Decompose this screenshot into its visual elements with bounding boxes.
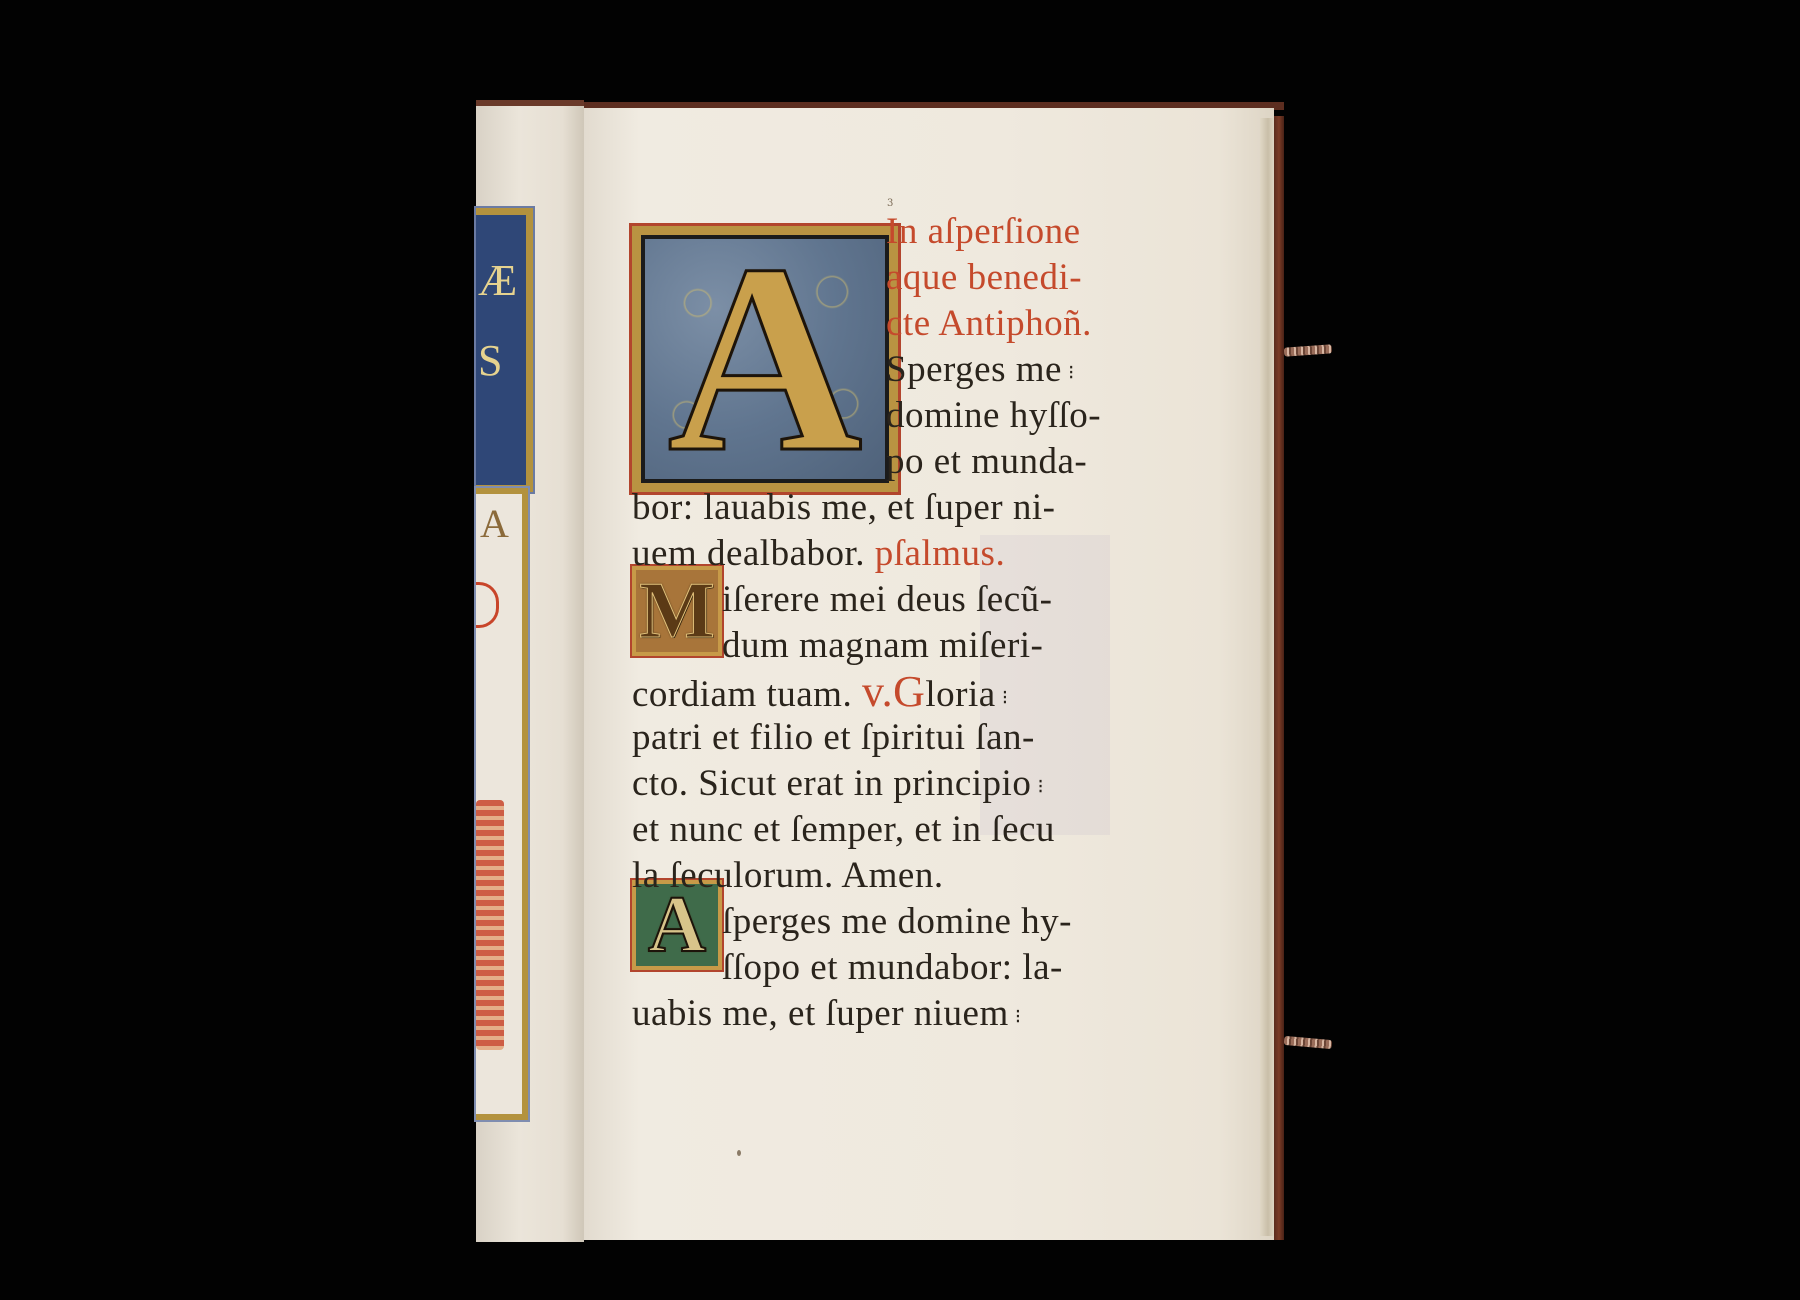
text-line-9: iſerere mei deus ſecũ-	[722, 580, 1052, 620]
rubric-versicle-g: v.G	[862, 667, 925, 716]
illuminated-initial-m: M	[632, 566, 722, 656]
line-text: Sperges me	[886, 349, 1062, 390]
line-end-mark: ⁝	[1015, 1006, 1022, 1028]
line-suffix: loria	[925, 674, 995, 715]
initial-letter: M	[639, 566, 715, 657]
text-line-8: uem dealbabor. pſalmus.	[632, 534, 1005, 574]
line-end-mark: ⁝	[1037, 776, 1044, 798]
line-text: cordiam tuam.	[632, 674, 852, 715]
ribbon-tie-top	[1284, 344, 1333, 356]
left-red-figure	[476, 800, 504, 1050]
line-text: cto. Sicut erat in principio	[632, 763, 1031, 804]
left-panel-letter-ae: Æ	[478, 255, 517, 306]
pin-hole	[737, 1150, 741, 1156]
text-line-5: domine hyſſo-	[886, 396, 1101, 436]
text-line-18: uabis me, et ſuper niuem⁝	[632, 994, 1022, 1037]
line-end-mark: ⁝	[1068, 362, 1075, 384]
text-line-6: po et munda-	[886, 442, 1087, 482]
left-page-blue-panel: Æ S	[476, 208, 533, 492]
text-line-3: cte Antiphoñ.	[886, 304, 1092, 344]
ribbon-tie-bottom	[1284, 1036, 1333, 1049]
photo-background: Æ S A 3 A M A In aſperſione aque benedi-…	[0, 0, 1800, 1300]
rubric-psalmus: pſalmus.	[875, 533, 1005, 574]
text-line-14: et nunc et ſemper, et in ſecu	[632, 810, 1055, 850]
text-line-4: Sperges me⁝	[886, 350, 1075, 393]
line-text: uem dealbabor.	[632, 533, 865, 574]
text-line-7: bor: lauabis me, et ſuper ni-	[632, 488, 1055, 528]
line-text: uabis me, et ſuper niuem	[632, 993, 1009, 1034]
folio-number: 3	[887, 198, 893, 209]
left-panel-letter-a: A	[480, 500, 509, 547]
text-line-12: patri et filio et ſpiritui ſan-	[632, 718, 1035, 758]
text-line-1: In aſperſione	[886, 212, 1081, 252]
text-line-10: dum magnam miſeri-	[722, 626, 1043, 666]
text-line-15: la ſeculorum. Amen.	[632, 856, 944, 896]
text-line-11: cordiam tuam. v.Gloria⁝	[632, 672, 1009, 718]
text-line-13: cto. Sicut erat in principio⁝	[632, 764, 1044, 807]
text-line-16: ſperges me domine hy-	[722, 902, 1072, 942]
initial-letter: A	[668, 224, 863, 494]
text-line-17: ſſopo et mundabor: la-	[722, 948, 1063, 988]
text-line-2: aque benedi-	[886, 258, 1082, 298]
left-panel-letter-s: S	[478, 335, 502, 386]
illuminated-initial-a-large: A	[632, 226, 898, 492]
line-end-mark: ⁝	[1002, 687, 1009, 709]
binding-edge	[1274, 116, 1284, 1240]
